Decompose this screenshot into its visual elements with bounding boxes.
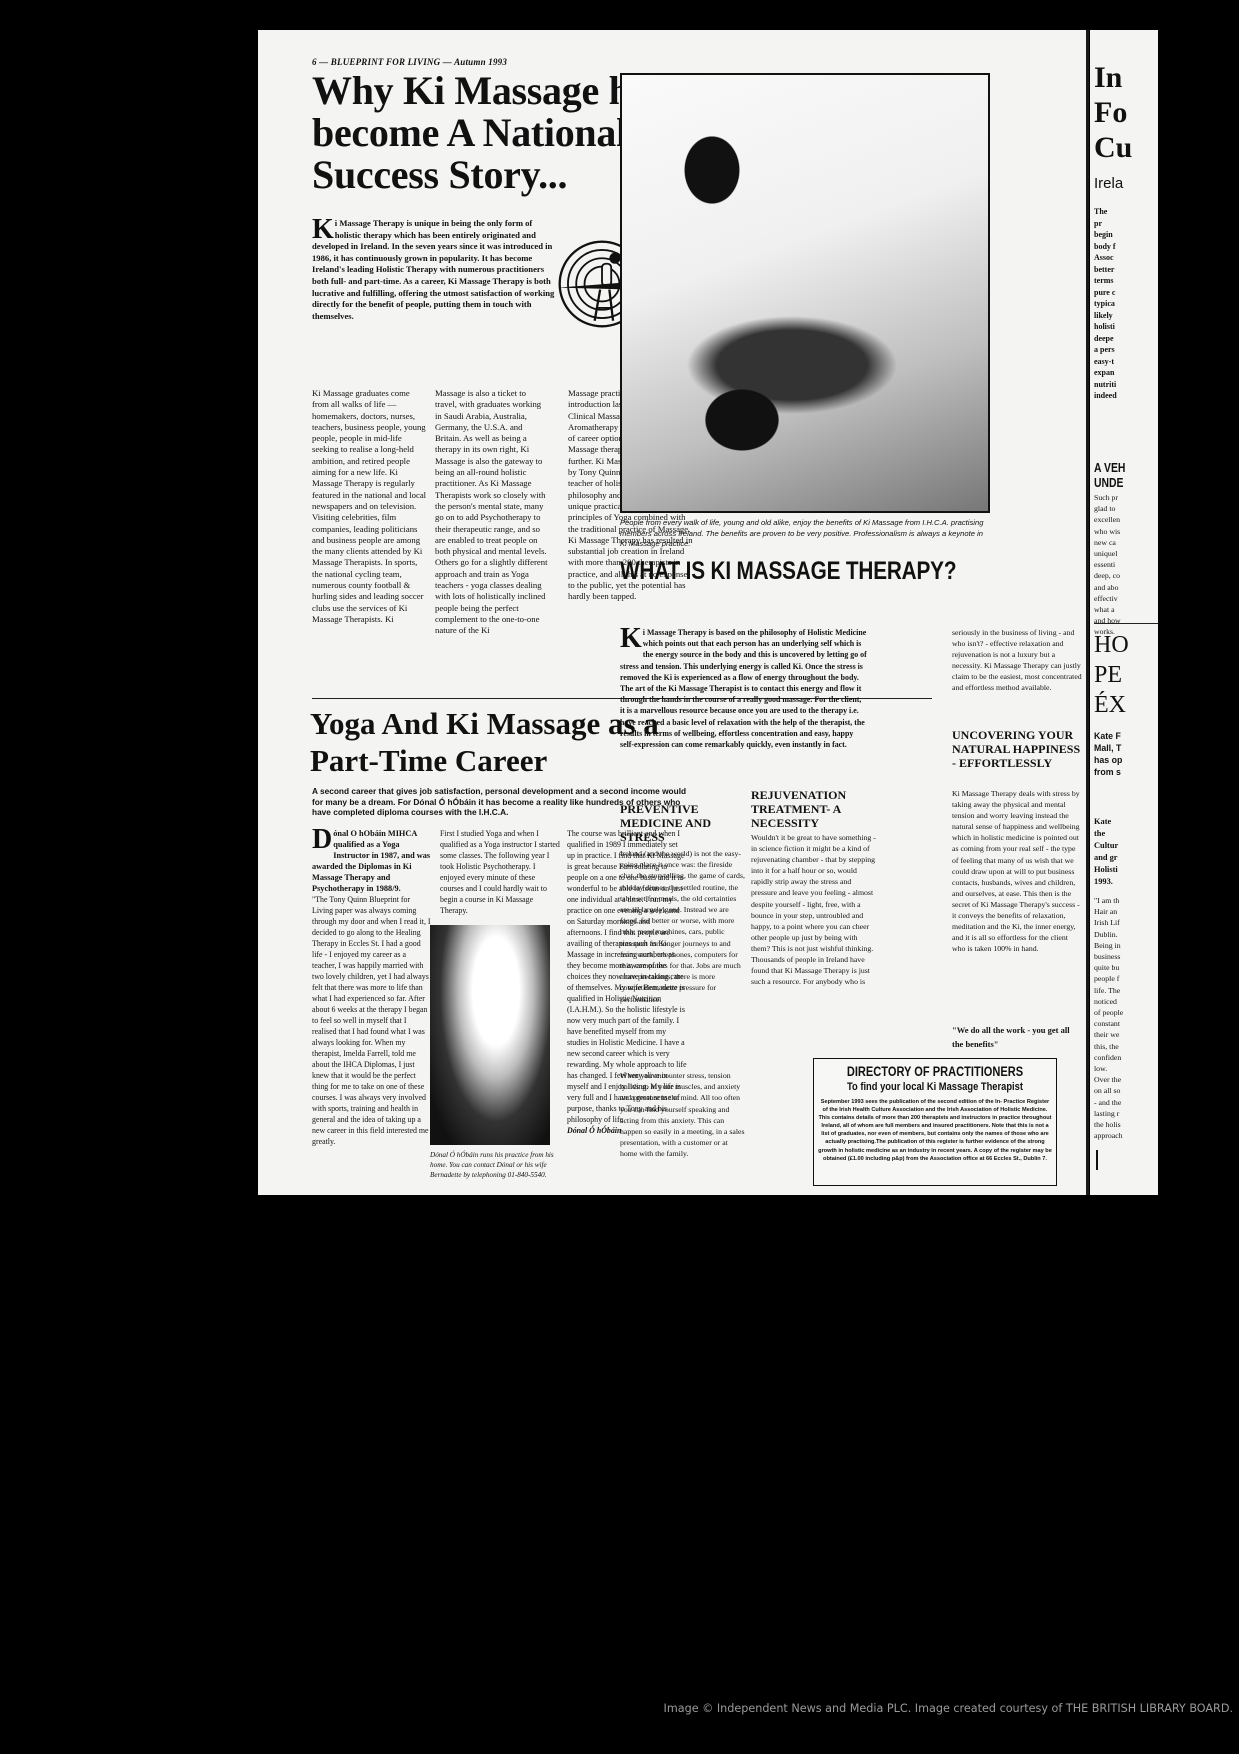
text-line: and gr — [1094, 852, 1118, 864]
text-line: A VEH — [1094, 460, 1125, 475]
uncovering-heading: UNCOVERING YOUR NATURAL HAPPINESS - EFFO… — [952, 728, 1082, 770]
text-line: constant — [1094, 1018, 1123, 1029]
adjacent-vehicle-body: Such prglad toexcellenwho wisnew cauniqu… — [1094, 492, 1121, 638]
adjacent-headline: In Fo Cu — [1094, 60, 1132, 165]
adjacent-headline-line: Fo — [1094, 95, 1132, 130]
article2-column-2: First I studied Yoga and when I qualifie… — [440, 828, 560, 916]
preventive-body: Ireland (and the world) is not the easy-… — [620, 848, 745, 1005]
text-line: approach — [1094, 1130, 1123, 1141]
adjacent-subtitle: Irela — [1094, 175, 1123, 192]
article3-lede-text: i Massage Therapy is based on the philos… — [620, 628, 867, 749]
article2-column-1-text: "The Tony Quinn Blueprint for Living pap… — [312, 894, 432, 1147]
article2-dropcap: D — [312, 829, 332, 851]
text-line: business — [1094, 951, 1123, 962]
adjacent-vehicle-heading: A VEHUNDE — [1094, 460, 1125, 490]
adjacent-headline-line: Cu — [1094, 130, 1132, 165]
text-line: quite bu — [1094, 962, 1123, 973]
donal-photo — [430, 925, 550, 1145]
article1-dropcap: K — [312, 219, 334, 241]
text-line: of people — [1094, 1007, 1123, 1018]
text-line: has op — [1094, 754, 1122, 766]
text-line: Dublin. — [1094, 929, 1123, 940]
text-line: nutriti — [1094, 379, 1158, 391]
text-line: the holis — [1094, 1119, 1123, 1130]
article3-headline: WHAT IS KI MASSAGE THERAPY? — [620, 557, 935, 585]
text-line: indeed — [1094, 390, 1158, 402]
directory-box: DIRECTORY OF PRACTITIONERS To find your … — [813, 1058, 1057, 1186]
adjacent-headline-2: HOPEÉX — [1094, 630, 1129, 720]
text-line: Irish Lif — [1094, 917, 1123, 928]
adjacent-lede: The prbeginbody fAssocbettertermspure ct… — [1094, 206, 1158, 402]
text-line: holisti — [1094, 321, 1158, 333]
adjacent-marker — [1096, 1150, 1098, 1170]
article1-lede: K i Massage Therapy is unique in being t… — [312, 218, 557, 322]
page-folio: 6 — BLUEPRINT FOR LIVING — Autumn 1993 — [312, 57, 507, 67]
text-line: essenti — [1094, 559, 1121, 570]
directory-subtitle: To find your local Ki Massage Therapist — [836, 1080, 1035, 1095]
text-line: deep, co — [1094, 570, 1121, 581]
text-line: Holisti — [1094, 864, 1118, 876]
text-line: easy-t — [1094, 356, 1158, 368]
article3-right-top: seriously in the business of living - an… — [952, 627, 1082, 694]
text-line: Kate F — [1094, 730, 1122, 742]
article2-column-1: D ónal O hObáin MIHCA qualified as a Yog… — [312, 828, 432, 1147]
text-line: pr — [1094, 218, 1158, 230]
text-line: UNDE — [1094, 475, 1125, 490]
rejuvenation-heading: REJUVENATION TREATMENT- A NECESSITY — [751, 788, 876, 830]
text-line: terms — [1094, 275, 1158, 287]
text-line: people f — [1094, 973, 1123, 984]
uncovering-body: Ki Massage Therapy deals with stress by … — [952, 788, 1080, 954]
pull-quote: "We do all the work - you get all the be… — [952, 1023, 1082, 1051]
text-line: - and the — [1094, 1097, 1123, 1108]
scan-edge-blackout — [1158, 30, 1239, 1195]
text-line: on all so — [1094, 1085, 1123, 1096]
text-line: their we — [1094, 1029, 1123, 1040]
text-line: body f — [1094, 241, 1158, 253]
text-line: ÉX — [1094, 690, 1129, 720]
text-line: Kate — [1094, 816, 1118, 828]
text-line: what a — [1094, 604, 1121, 615]
text-line: excellen — [1094, 514, 1121, 525]
text-line: Being in — [1094, 940, 1123, 951]
text-line: expan — [1094, 367, 1158, 379]
text-line: Cultur — [1094, 840, 1118, 852]
rejuvenation-body: Wouldn't it be great to have something -… — [751, 832, 876, 987]
text-line: effectiv — [1094, 593, 1121, 604]
preventive-heading: PREVENTIVE MEDICINE AND STRESS — [620, 802, 745, 844]
text-line: and how — [1094, 615, 1121, 626]
text-line: better — [1094, 264, 1158, 276]
newspaper-page: 6 — BLUEPRINT FOR LIVING — Autumn 1993 W… — [258, 30, 1088, 1195]
text-line: a pers — [1094, 344, 1158, 356]
text-line: new ca — [1094, 537, 1121, 548]
text-line: pure c — [1094, 287, 1158, 299]
text-line: uniquel — [1094, 548, 1121, 559]
text-line: noticed — [1094, 996, 1123, 1007]
text-line: the — [1094, 828, 1118, 840]
text-line: low. — [1094, 1063, 1123, 1074]
text-line: 1993. — [1094, 876, 1118, 888]
text-line: lasting r — [1094, 1108, 1123, 1119]
massage-photo — [620, 73, 990, 513]
article3-dropcap: K — [620, 628, 642, 650]
adjacent-body-2: "I am thHair anIrish LifDublin.Being inb… — [1094, 895, 1123, 1141]
directory-body: September 1993 sees the publication of t… — [818, 1098, 1052, 1163]
article1-column-2: Massage is also a ticket to travel, with… — [435, 388, 550, 637]
text-line: Mall, T — [1094, 742, 1122, 754]
text-line: confiden — [1094, 1052, 1123, 1063]
adjacent-lede-2: Kate theCulturand grHolisti1993. — [1094, 816, 1118, 888]
text-line: and abo — [1094, 582, 1121, 593]
text-line: this, the — [1094, 1041, 1123, 1052]
text-line: likely — [1094, 310, 1158, 322]
text-line: The — [1094, 206, 1158, 218]
article1-lede-text: i Massage Therapy is unique in being the… — [312, 218, 554, 321]
adjacent-standfirst: Kate FMall, Thas opfrom s — [1094, 730, 1122, 778]
image-credit: Image © Independent News and Media PLC. … — [664, 1702, 1233, 1715]
adjacent-page-fragment: In Fo Cu Irela The prbeginbody fAssocbet… — [1090, 30, 1158, 1195]
text-line: Hair an — [1094, 906, 1123, 917]
article1-headline: Why Ki Massage has become A National Suc… — [312, 70, 672, 196]
text-line: deepe — [1094, 333, 1158, 345]
text-line: "I am th — [1094, 895, 1123, 906]
adjacent-divider — [1094, 623, 1158, 624]
text-line: PE — [1094, 660, 1129, 690]
text-line: life. The — [1094, 985, 1123, 996]
text-line: begin — [1094, 229, 1158, 241]
text-line: HO — [1094, 630, 1129, 660]
massage-photo-caption: People from every walk of life, young an… — [620, 518, 990, 550]
text-line: Such pr — [1094, 492, 1121, 503]
article3-lede: K i Massage Therapy is based on the phil… — [620, 627, 868, 750]
directory-title: DIRECTORY OF PRACTITIONERS — [839, 1064, 1031, 1080]
text-line: Over the — [1094, 1074, 1123, 1085]
text-line: typica — [1094, 298, 1158, 310]
article1-column-1: Ki Massage graduates come from all walks… — [312, 388, 427, 625]
page-gutter-rule — [1086, 30, 1089, 1195]
text-line: Assoc — [1094, 252, 1158, 264]
adjacent-headline-line: In — [1094, 60, 1132, 95]
donal-photo-caption: Dónal Ó hÓbáin runs his practice from hi… — [430, 1150, 555, 1180]
text-line: from s — [1094, 766, 1122, 778]
preventive-body-2: When you encounter stress, tension build… — [620, 1070, 745, 1160]
text-line: who wis — [1094, 526, 1121, 537]
text-line: glad to — [1094, 503, 1121, 514]
